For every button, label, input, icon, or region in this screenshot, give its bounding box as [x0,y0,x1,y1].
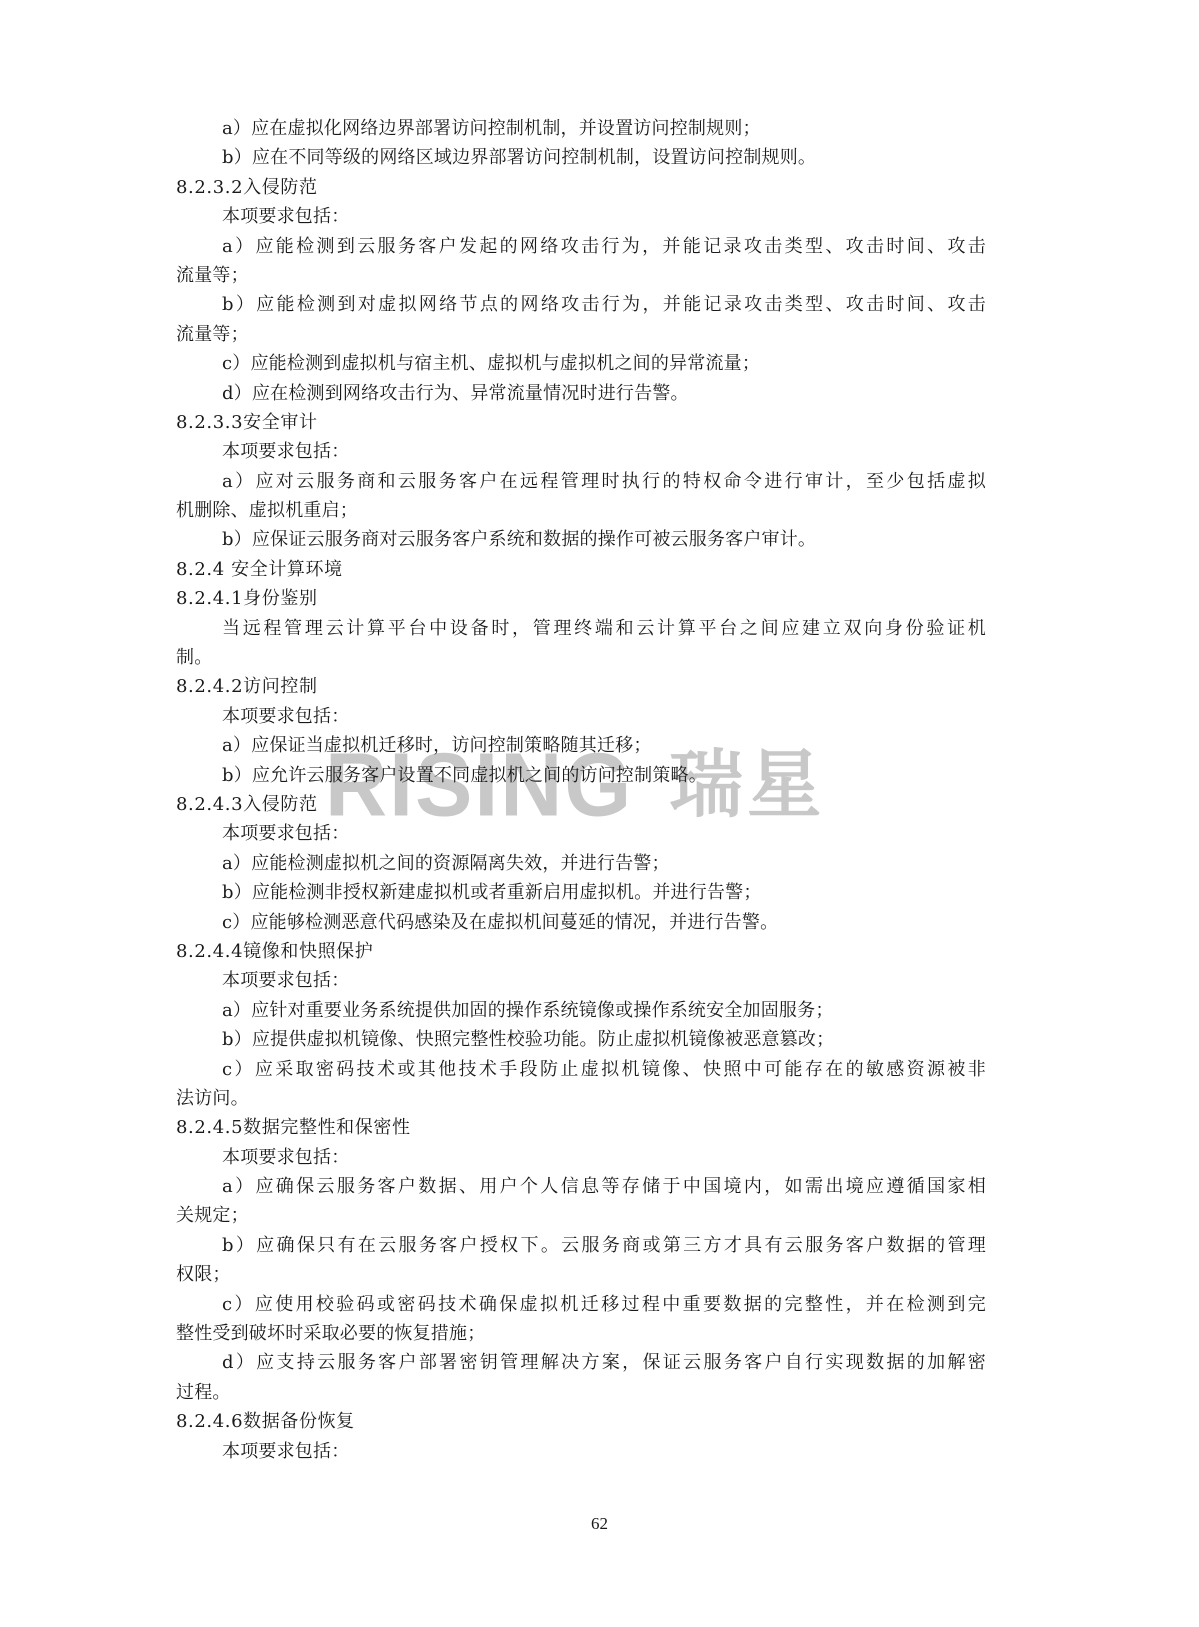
list-item: b）应能检测到对虚拟网络节点的网络攻击行为，并能记录攻击类型、攻击时间、攻击 [176,290,986,319]
list-item: a）应确保云服务客户数据、用户个人信息等存储于中国境内，如需出境应遵循国家相 [176,1172,986,1201]
list-item: a）应针对重要业务系统提供加固的操作系统镜像或操作系统安全加固服务； [176,996,986,1025]
section-heading: 8.2.4.6数据备份恢复 [176,1407,986,1436]
list-item-continuation: 关规定； [176,1201,986,1230]
section-intro: 本项要求包括： [176,966,986,995]
section-intro: 本项要求包括： [176,1143,986,1172]
list-item-continuation: 流量等； [176,261,986,290]
section-heading: 8.2.3.2入侵防范 [176,173,986,202]
section-intro: 本项要求包括： [176,819,986,848]
section-heading: 8.2.4.3入侵防范 [176,790,986,819]
list-item: c）应能够检测恶意代码感染及在虚拟机间蔓延的情况，并进行告警。 [176,908,986,937]
section-heading: 8.2.4.1身份鉴别 [176,584,986,613]
section-heading: 8.2.3.3安全审计 [176,408,986,437]
list-item: c）应使用校验码或密码技术确保虚拟机迁移过程中重要数据的完整性，并在检测到完 [176,1290,986,1319]
paragraph-continuation: 制。 [176,643,986,672]
list-item: b）应允许云服务客户设置不同虚拟机之间的访问控制策略。 [176,761,986,790]
section-heading: 8.2.4.4镜像和快照保护 [176,937,986,966]
list-item-continuation: 流量等； [176,320,986,349]
list-item-continuation: 机删除、虚拟机重启； [176,496,986,525]
page-number: 62 [0,1514,1199,1534]
section-heading: 8.2.4.2访问控制 [176,672,986,701]
list-item: b）应确保只有在云服务客户授权下。云服务商或第三方才具有云服务客户数据的管理 [176,1231,986,1260]
paragraph: 当远程管理云计算平台中设备时，管理终端和云计算平台之间应建立双向身份验证机 [176,614,986,643]
list-item: d）应在检测到网络攻击行为、异常流量情况时进行告警。 [176,379,986,408]
list-item: a）应能检测虚拟机之间的资源隔离失效，并进行告警； [176,849,986,878]
list-item: b）应在不同等级的网络区域边界部署访问控制机制，设置访问控制规则。 [176,143,986,172]
section-intro: 本项要求包括： [176,437,986,466]
section-heading: 8.2.4.5数据完整性和保密性 [176,1113,986,1142]
list-item: c）应采取密码技术或其他技术手段防止虚拟机镜像、快照中可能存在的敏感资源被非 [176,1055,986,1084]
list-item-continuation: 过程。 [176,1378,986,1407]
list-item: a）应对云服务商和云服务客户在远程管理时执行的特权命令进行审计，至少包括虚拟 [176,467,986,496]
section-intro: 本项要求包括： [176,202,986,231]
list-item-continuation: 法访问。 [176,1084,986,1113]
list-item: a）应在虚拟化网络边界部署访问控制机制，并设置访问控制规则； [176,114,986,143]
list-item: d）应支持云服务客户部署密钥管理解决方案，保证云服务客户自行实现数据的加解密 [176,1348,986,1377]
document-page: RISING 瑞星 a）应在虚拟化网络边界部署访问控制机制，并设置访问控制规则；… [0,0,1199,1627]
document-body: a）应在虚拟化网络边界部署访问控制机制，并设置访问控制规则； b）应在不同等级的… [176,114,986,1466]
list-item: c）应能检测到虚拟机与宿主机、虚拟机与虚拟机之间的异常流量； [176,349,986,378]
list-item: b）应能检测非授权新建虚拟机或者重新启用虚拟机。并进行告警； [176,878,986,907]
list-item-continuation: 权限； [176,1260,986,1289]
list-item: a）应保证当虚拟机迁移时，访问控制策略随其迁移； [176,731,986,760]
list-item-continuation: 整性受到破坏时采取必要的恢复措施； [176,1319,986,1348]
section-heading: 8.2.4 安全计算环境 [176,555,986,584]
list-item: b）应提供虚拟机镜像、快照完整性校验功能。防止虚拟机镜像被恶意篡改； [176,1025,986,1054]
list-item: a）应能检测到云服务客户发起的网络攻击行为，并能记录攻击类型、攻击时间、攻击 [176,232,986,261]
list-item: b）应保证云服务商对云服务客户系统和数据的操作可被云服务客户审计。 [176,525,986,554]
section-intro: 本项要求包括： [176,702,986,731]
section-intro: 本项要求包括： [176,1437,986,1466]
